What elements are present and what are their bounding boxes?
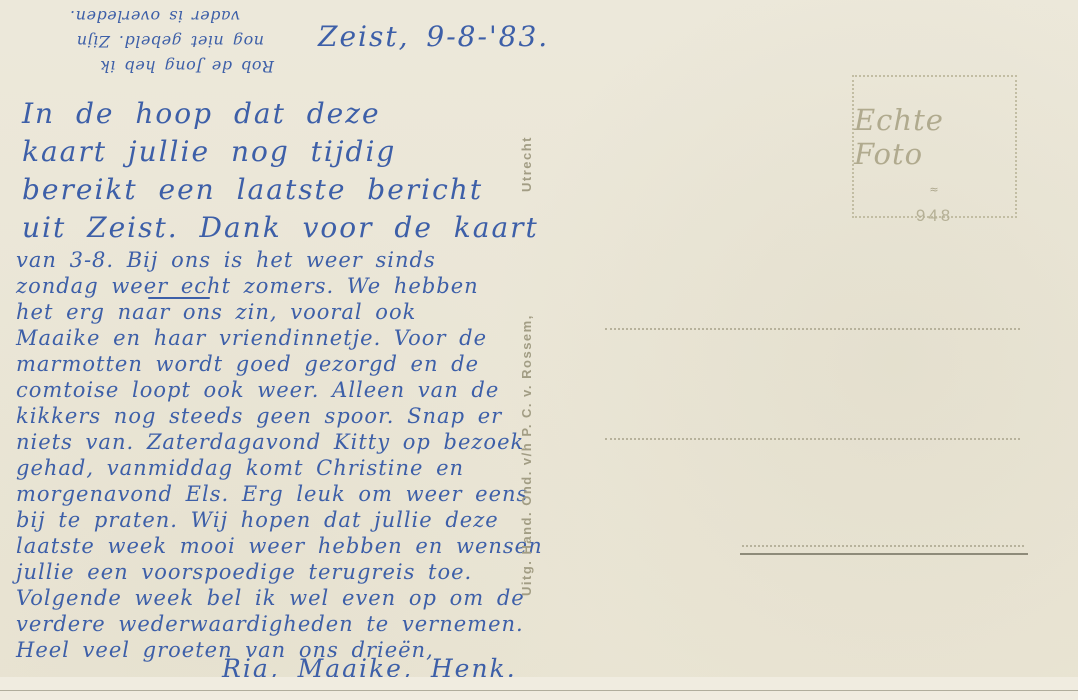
message-body: van 3-8. Bij ons is het weer sinds zonda… <box>16 247 543 663</box>
address-line <box>742 545 1024 547</box>
message-line: niets van. Zaterdagavond Kitty op bezoek <box>16 429 543 455</box>
upside-down-note: Rob de Jong heb ik nog niet gebeld. Zijn… <box>16 4 274 79</box>
message-opening: In de hoop dat deze kaart jullie nog tij… <box>22 95 539 247</box>
stamp-mark: ≈ <box>929 183 939 196</box>
upside-down-note-line: nog niet gebeld. Zijn <box>16 29 274 54</box>
message-line: jullie een voorspoedige terugreis toe. <box>16 559 543 585</box>
stamp-number: 948 <box>916 206 953 226</box>
message-line: uit Zeist. Dank voor de kaart <box>22 209 539 247</box>
message-line: bij te praten. Wij hopen dat jullie deze <box>16 507 543 533</box>
stamp-title: Echte Foto <box>854 103 1015 171</box>
message-line: marmotten wordt goed gezorgd en de <box>16 351 543 377</box>
stamp-box: Echte Foto ≈ 948 <box>852 75 1017 218</box>
echt-underline-stroke <box>148 297 210 299</box>
publisher-imprint: Uitg. Hand. Ond. v/h P. C. v. Rossem, Ut… <box>517 136 535 596</box>
message-line: gehad, vanmiddag komt Christine en <box>16 455 543 481</box>
date-line: Zeist, 9-8-'83. <box>318 20 549 53</box>
message-line: Volgende week bel ik wel even op om de <box>16 585 543 611</box>
publisher-city: Utrecht <box>519 136 534 192</box>
message-line: verdere wederwaardigheden te vernemen. <box>16 611 543 637</box>
message-line: kikkers nog steeds geen spoor. Snap er <box>16 403 543 429</box>
address-line <box>605 438 1020 440</box>
publisher-name: Uitg. Hand. Ond. v/h P. C. v. Rossem, <box>519 314 534 596</box>
message-line: bereikt een laatste bericht <box>22 171 539 209</box>
address-line <box>605 328 1020 330</box>
message-line: zondag weer echt zomers. We hebben <box>16 273 543 299</box>
postcard-scan: Rob de Jong heb ik nog niet gebeld. Zijn… <box>0 0 1078 700</box>
upside-down-note-line: vader is overleden. <box>16 4 274 29</box>
message-line: In de hoop dat deze <box>22 95 539 133</box>
message-line: morgenavond Els. Erg leuk om weer eens <box>16 481 543 507</box>
card-bottom-edge <box>0 677 1078 700</box>
address-line-underline <box>740 553 1028 555</box>
message-line: van 3-8. Bij ons is het weer sinds <box>16 247 543 273</box>
upside-down-note-line: Rob de Jong heb ik <box>16 54 274 79</box>
message-line: comtoise loopt ook weer. Alleen van de <box>16 377 543 403</box>
message-line: laatste week mooi weer hebben en wensen <box>16 533 543 559</box>
message-line: kaart jullie nog tijdig <box>22 133 539 171</box>
message-line: Maaike en haar vriendinnetje. Voor de <box>16 325 543 351</box>
card-edge-shadow <box>0 690 1078 691</box>
message-line: het erg naar ons zin, vooral ook <box>16 299 543 325</box>
